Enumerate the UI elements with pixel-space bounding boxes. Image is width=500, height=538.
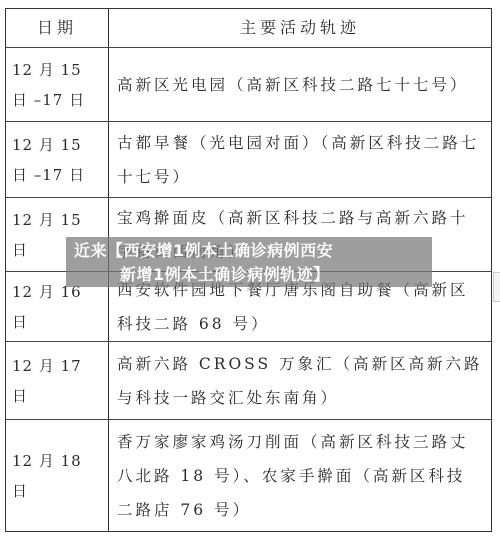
activity-cell: 古都早餐（光电园对面）（高新区科技二路七十七号） (109, 122, 491, 197)
date-cell: 12 月 18 日 (6, 420, 109, 531)
table-header-row: 日期 主要活动轨迹 (6, 9, 491, 47)
title-overlay-banner: 近来【西安增1例本土确诊病例西安 新增1例本土确诊病例轨迹】 (66, 237, 432, 287)
date-cell: 12 月 17 日 (6, 342, 109, 419)
edge-scroll-tab[interactable] (493, 272, 500, 302)
activity-cell: 香万家廖家鸡汤刀削面（高新区科技三路丈八北路 18 号）、农家手擀面（高新区科技… (109, 420, 491, 531)
overlay-title-line1: 近来【西安增1例本土确诊病例西安 (74, 239, 424, 263)
header-date: 日期 (6, 9, 109, 47)
overlay-title-line2: 新增1例本土确诊病例轨迹】 (74, 263, 424, 287)
date-cell: 12 月 15 日 –17 日 (6, 48, 109, 121)
table-row: 12 月 15 日 –17 日 高新区光电园（高新区科技二路七十七号） (6, 47, 491, 121)
activity-cell: 高新区光电园（高新区科技二路七十七号） (109, 48, 491, 121)
activity-cell: 高新六路 CROSS 万象汇（高新区高新六路与科技一路交汇处东南角） (109, 342, 491, 419)
table-row: 12 月 17 日 高新六路 CROSS 万象汇（高新区高新六路与科技一路交汇处… (6, 341, 491, 419)
table-row: 12 月 18 日 香万家廖家鸡汤刀削面（高新区科技三路丈八北路 18 号）、农… (6, 419, 491, 531)
table-row: 12 月 15 日 –17 日 古都早餐（光电园对面）（高新区科技二路七十七号） (6, 121, 491, 197)
date-cell: 12 月 15 日 –17 日 (6, 122, 109, 197)
header-activity: 主要活动轨迹 (109, 9, 491, 47)
